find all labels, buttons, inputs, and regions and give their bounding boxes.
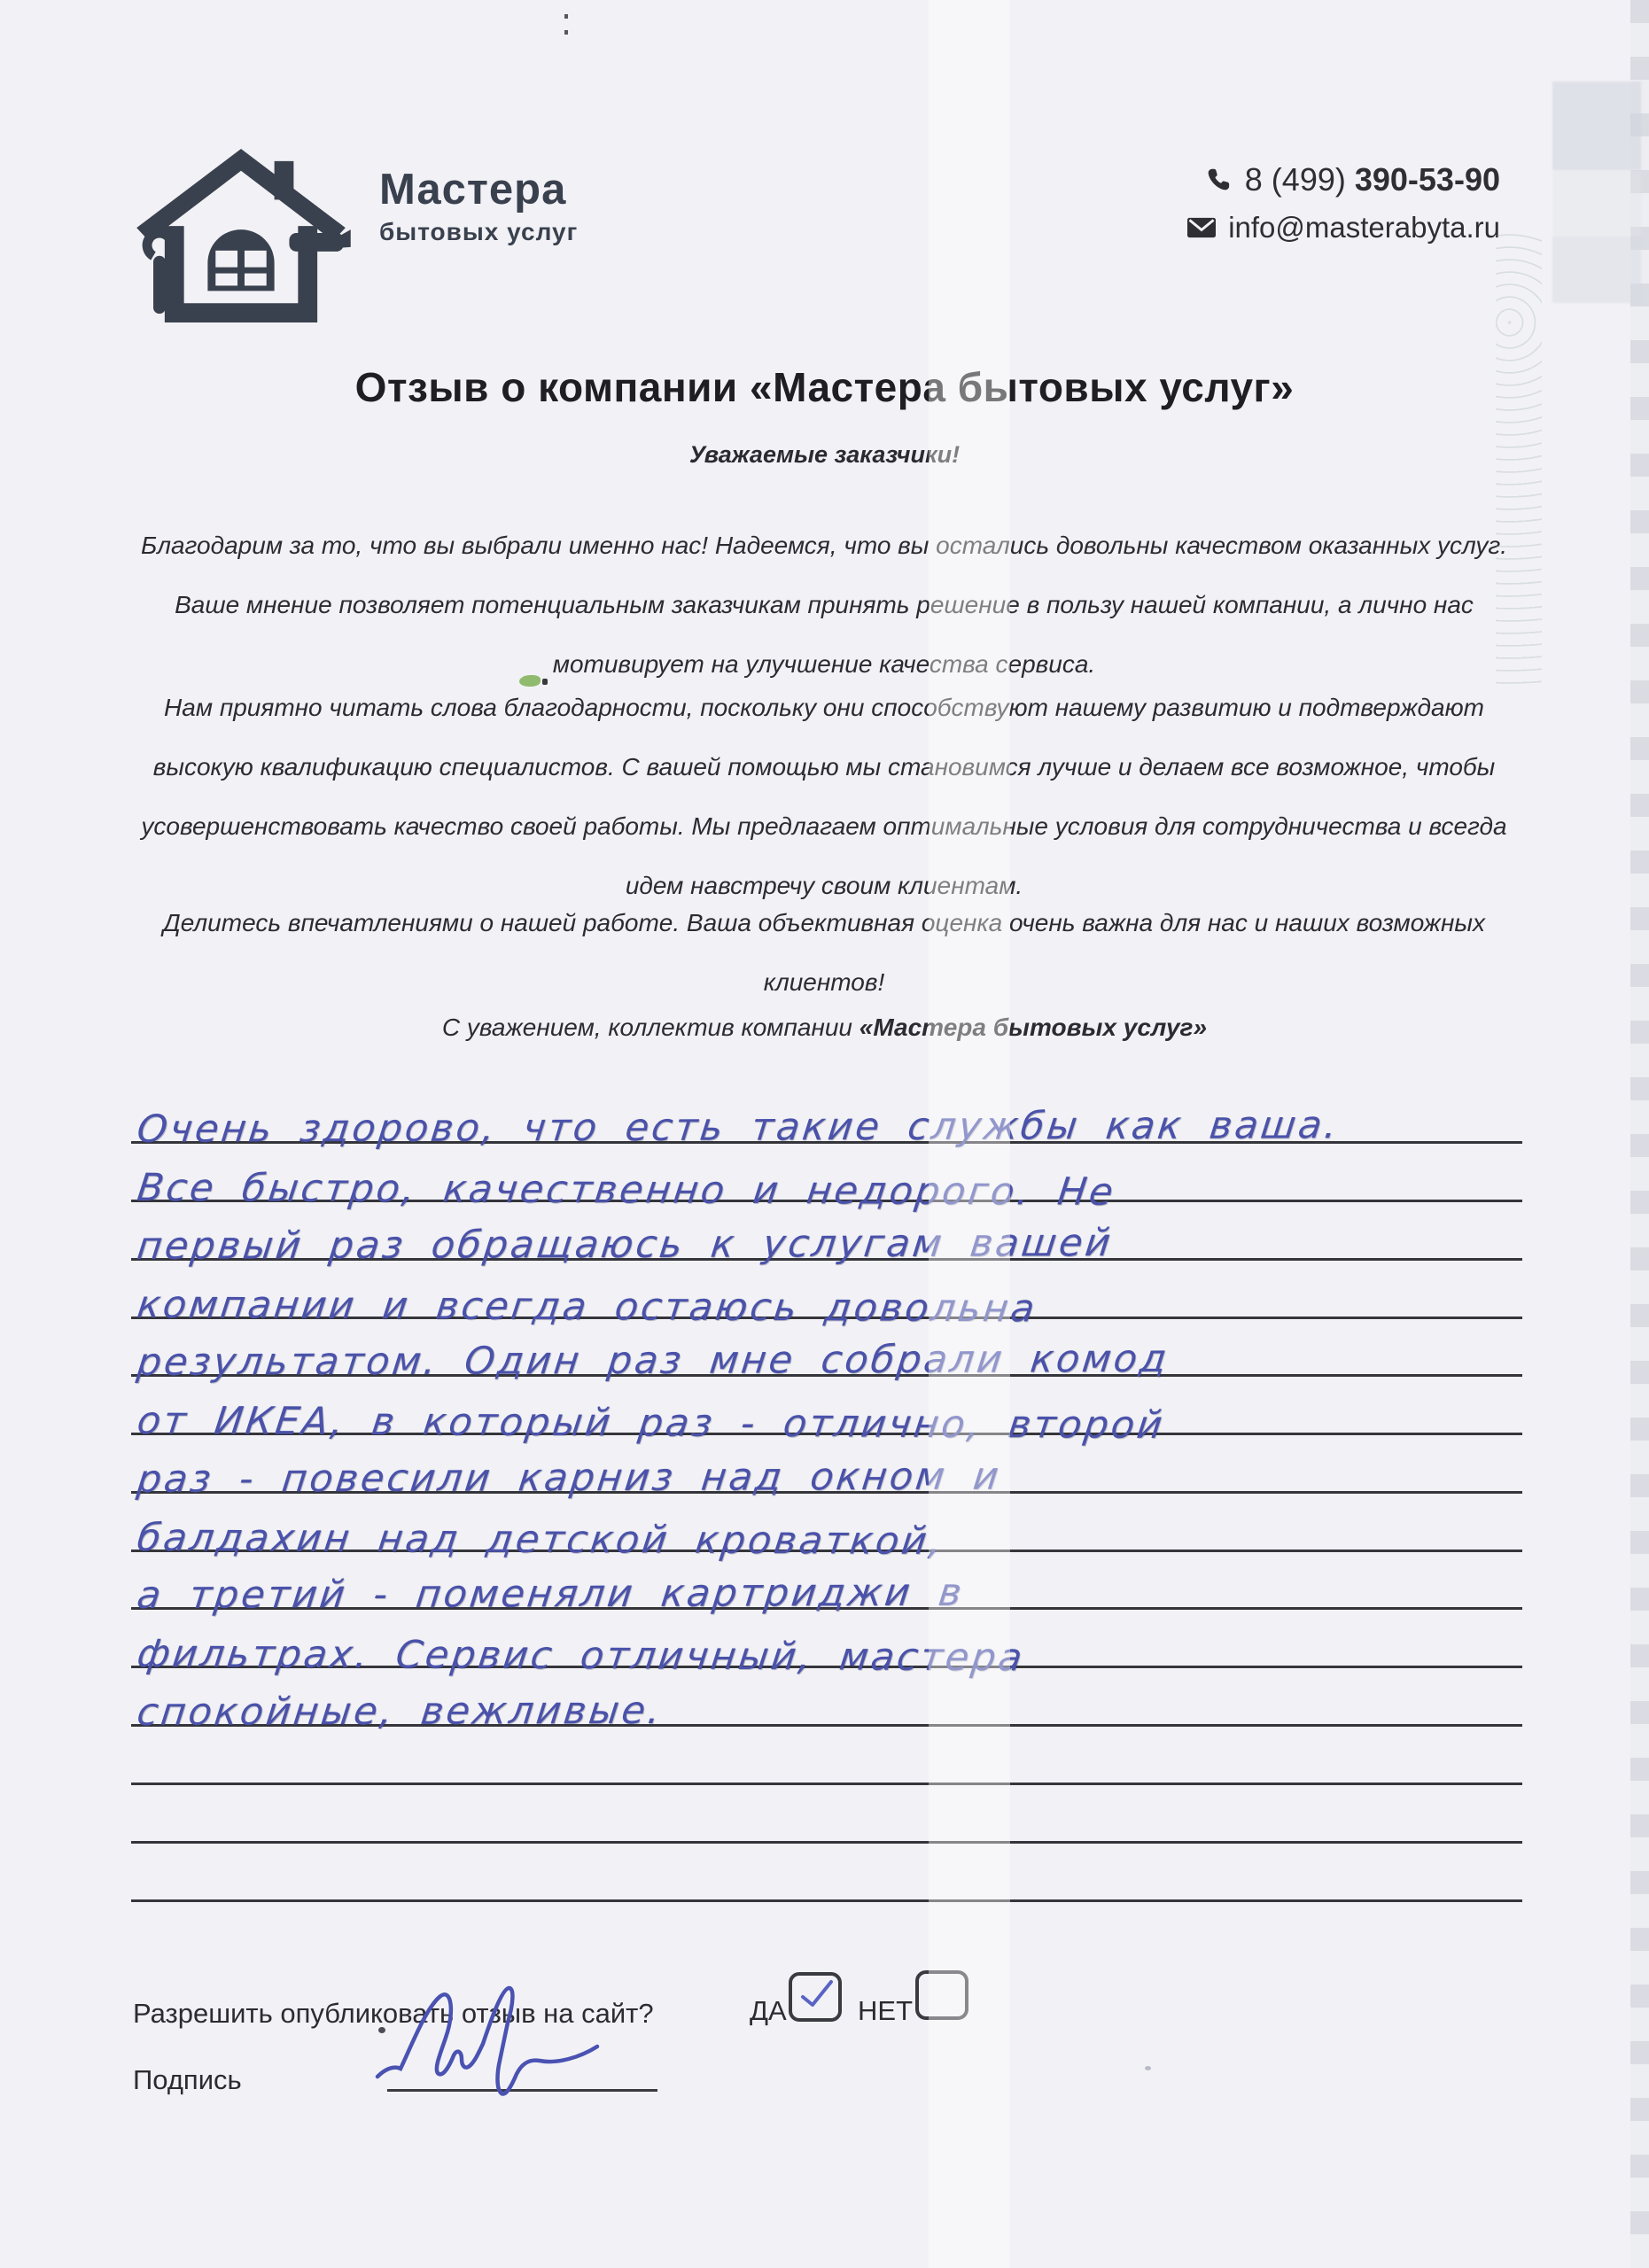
signoff-prefix: С уважением, коллектив компании: [442, 1014, 860, 1041]
signoff-brand: «Мастера бытовых услуг»: [860, 1014, 1207, 1041]
ruled-line: Все быстро, качественно и недорого. Не: [131, 1146, 1522, 1202]
intro-paragraph-2: Нам приятно читать слова благодарности, …: [128, 678, 1520, 915]
brand-line2: бытовых услуг: [379, 218, 578, 246]
ruled-line: балдахин над детской кроваткой,: [131, 1496, 1522, 1552]
handwriting-text: раз - повесили карниз над окном и: [135, 1455, 1003, 1502]
checkmark-icon: [794, 1974, 838, 2015]
intro-paragraph-3: Делитесь впечатлениями о нашей работе. В…: [128, 893, 1520, 1012]
page-title: Отзыв о компании «Мастера бытовых услуг»: [0, 363, 1649, 411]
faint-speck: [1145, 2066, 1151, 2070]
ruled-line: от ИКЕА, в который раз - отлично, второй: [131, 1379, 1522, 1435]
signoff-line: С уважением, коллектив компании «Мастера…: [0, 1014, 1649, 1042]
scan-artifact-blocks: [1552, 82, 1641, 303]
company-name: Мастера бытовых услуг: [379, 167, 578, 246]
ruled-line: компании и всегда остаюсь довольна: [131, 1263, 1522, 1319]
signature-handwritten: [370, 1983, 610, 2111]
handwriting-text: Очень здорово, что есть такие службы как…: [135, 1103, 1342, 1152]
contact-block: 8 (499) 390-53-90 info@masterabyta.ru: [1187, 161, 1500, 257]
phone-prefix: 8 (499): [1245, 161, 1355, 198]
scan-edge-strip: [1630, 0, 1649, 2268]
company-logo-house-icon: [131, 149, 351, 324]
phone-number: 8 (499) 390-53-90: [1245, 161, 1500, 198]
envelope-icon: [1187, 214, 1216, 242]
phone-row: 8 (499) 390-53-90: [1187, 161, 1500, 198]
ruled-line: спокойные, вежливые.: [131, 1671, 1522, 1727]
salutation: Уважаемые заказчики!: [0, 441, 1649, 469]
email-row: info@masterabyta.ru: [1187, 211, 1500, 245]
ruled-line-empty: [131, 1788, 1522, 1844]
handwriting-text: а третий - поменяли картриджи в: [135, 1571, 967, 1618]
no-label: НЕТ: [858, 1995, 913, 2027]
brand-line1: Мастера: [379, 167, 578, 213]
ruled-line: результатом. Один раз мне собрали комод: [131, 1321, 1522, 1377]
ruled-line-empty: [131, 1729, 1522, 1785]
yes-checkbox: [789, 1972, 842, 2022]
signature-label: Подпись: [133, 2064, 242, 2096]
ruled-line: раз - повесили карниз над окном и: [131, 1438, 1522, 1494]
intro-paragraph-1: Благодарим за то, что вы выбрали именно …: [128, 516, 1520, 694]
ruled-line: а третий - поменяли картриджи в: [131, 1554, 1522, 1610]
phone-icon: [1204, 166, 1233, 194]
email-address: info@masterabyta.ru: [1228, 211, 1500, 245]
phone-digits: 390-53-90: [1355, 161, 1500, 198]
handwriting-text: спокойные, вежливые.: [135, 1689, 665, 1735]
yes-label: ДА: [750, 1995, 787, 2027]
handwriting-text: результатом. Один раз мне собрали комод: [135, 1337, 1171, 1385]
handwriting-text: первый раз обращаюсь к услугам вашей: [135, 1221, 1116, 1269]
ruled-line: Очень здорово, что есть такие службы как…: [131, 1088, 1522, 1144]
scanned-review-form: Мастера бытовых услуг 8 (499) 390-53-90 …: [0, 0, 1649, 2268]
ruled-line: первый раз обращаюсь к услугам вашей: [131, 1205, 1522, 1261]
ruled-line: фильтрах. Сервис отличный, мастера: [131, 1612, 1522, 1668]
no-checkbox: [915, 1970, 968, 2020]
ruled-line-empty: [131, 1846, 1522, 1902]
top-edge-mark: [564, 14, 568, 37]
